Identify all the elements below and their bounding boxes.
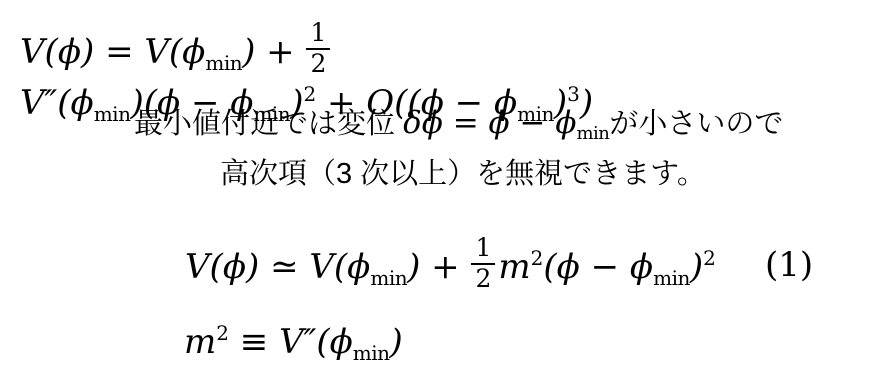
eq-lhs: V(ϕ) = V(ϕ [20, 32, 205, 72]
fraction-one-half: 12 [471, 234, 495, 294]
eq-rhs: ≡ V″(ϕ [229, 322, 353, 362]
fraction-one-half: 12 [306, 19, 330, 79]
superscript-squared: 2 [216, 321, 229, 345]
document-canvas: V(ϕ) = V(ϕmin) + 12V″(ϕmin)(ϕ − ϕmin)2 +… [0, 0, 872, 372]
eq-close-paren: ) [690, 247, 703, 287]
fraction-numerator: 1 [471, 234, 495, 263]
inline-math-delta-phi: δϕ = ϕ − ϕ [403, 105, 576, 141]
equation-quadratic-approximation: V(ϕ) ≃ V(ϕmin) + 12m2(ϕ − ϕmin)2 [185, 239, 716, 299]
subscript-min: min [205, 51, 242, 75]
jp-text: 高次項（3 次以上）を無視できます。 [220, 158, 706, 190]
text-line-higher-order: 高次項（3 次以上）を無視できます。 [220, 155, 706, 194]
fraction-denominator: 2 [306, 48, 330, 79]
subscript-min: min [353, 341, 390, 365]
eq-plus: ) + [242, 32, 305, 72]
superscript-squared: 2 [703, 246, 716, 270]
subscript-min: min [576, 123, 609, 144]
equation-mass-definition: m2 ≡ V″(ϕmin) [184, 323, 403, 363]
jp-text-before: 最小値付近では変位 [134, 108, 403, 140]
eq-mass-symbol: m [184, 322, 216, 362]
eq-mass-symbol: m [498, 247, 530, 287]
equation-number: (1) [765, 248, 813, 282]
eq-second-derivative: V″(ϕ [20, 83, 94, 123]
superscript-squared: 2 [303, 82, 316, 106]
superscript-squared: 2 [531, 246, 544, 270]
eq-plus: ) + [407, 247, 470, 287]
fraction-denominator: 2 [471, 263, 495, 294]
eq-displacement: (ϕ − ϕ [543, 247, 653, 287]
subscript-min: min [653, 266, 690, 290]
subscript-min: min [370, 266, 407, 290]
subscript-min: min [94, 102, 131, 126]
eq-close-paren: ) [390, 322, 403, 362]
text-line-displacement: 最小値付近では変位 δϕ = ϕ − ϕminが小さいので [134, 103, 783, 146]
superscript-cubed: 3 [567, 82, 580, 106]
jp-text-after: が小さいので [609, 108, 783, 140]
fraction-numerator: 1 [306, 19, 330, 48]
eq-lhs: V(ϕ) ≃ V(ϕ [185, 247, 370, 287]
